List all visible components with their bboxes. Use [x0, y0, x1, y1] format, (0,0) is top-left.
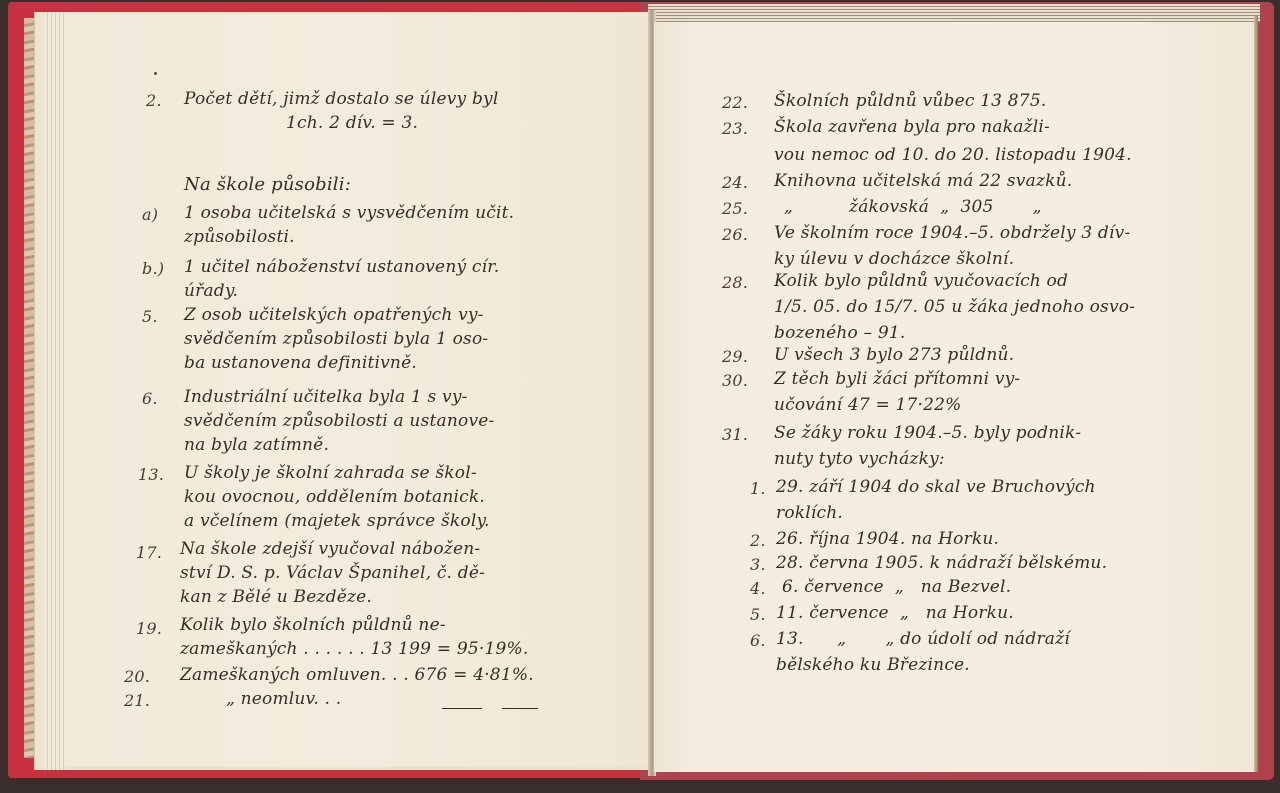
entry-line: a včelínem (majetek správce školy. — [184, 510, 490, 532]
entry-line: Na škole zdejší vyučoval nábožen- — [180, 538, 480, 560]
entry-line: vou nemoc od 10. do 20. listopadu 1904. — [774, 144, 1132, 166]
excursion-line: 11. července „ na Horku. — [776, 602, 1014, 624]
entry-line: Počet dětí, jimž dostalo se úlevy byl — [184, 88, 498, 110]
entry-number: 25. — [722, 198, 748, 220]
page-fore-edge — [1254, 16, 1258, 772]
entry-line: „ žákovská „ 305 „ — [784, 196, 1042, 218]
entry-line: svědčením způsobilosti a ustanove- — [184, 410, 494, 432]
entry-line: kan z Bělé u Bezděze. — [180, 586, 372, 608]
entry-number: 13. — [138, 464, 164, 486]
entry-number: 2. — [146, 90, 162, 112]
entry-number: 24. — [722, 172, 748, 194]
entry-number: 6. — [142, 388, 158, 410]
entry-number: a) — [142, 204, 158, 226]
entry-number: 21. — [124, 690, 150, 712]
entry-line: Kolik bylo školních půldnů ne- — [180, 614, 446, 636]
entry-number: 30. — [722, 370, 748, 392]
entry-line: Z těch byli žáci přítomni vy- — [774, 368, 1020, 390]
excursion-number: 5. — [750, 604, 766, 626]
page-edges-top — [648, 4, 1260, 22]
entry-number: 29. — [722, 346, 748, 368]
entry-line: 1ch. 2 dív. = 3. — [286, 112, 418, 134]
entry-line: nuty tyto vycházky: — [774, 448, 945, 470]
entry-line: úřady. — [184, 280, 238, 302]
entry-number: 17. — [136, 542, 162, 564]
section-heading: Na škole působili: — [184, 174, 351, 196]
entry-line: Se žáky roku 1904.–5. byly podnik- — [774, 422, 1081, 444]
excursion-line: 28. června 1905. k nádraží bělskému. — [776, 552, 1107, 574]
entry-line: 1 osoba učitelská s vysvědčením učit. — [184, 202, 514, 224]
ink-dot — [154, 72, 157, 75]
entry-line: Knihovna učitelská má 22 svazků. — [774, 170, 1072, 192]
entry-line: Industriální učitelka byla 1 s vy- — [184, 386, 468, 408]
entry-line: Ve školním roce 1904.–5. obdržely 3 dív- — [774, 222, 1130, 244]
entry-line: zameškaných . . . . . . 13 199 = 95·19%. — [180, 638, 528, 660]
entry-number: 28. — [722, 272, 748, 294]
excursion-line: 29. září 1904 do skal ve Bruchových — [776, 476, 1096, 498]
excursion-line: 13. „ „ do údolí od nádraží — [776, 628, 1070, 650]
entry-number: 20. — [124, 666, 150, 688]
entry-number: 31. — [722, 424, 748, 446]
entry-number: b.) — [142, 258, 164, 280]
excursion-line: 6. července „ na Bezvel. — [782, 576, 1011, 598]
entry-line: Zameškaných omluven. . . 676 = 4·81%. — [180, 664, 534, 686]
entry-line: svědčením způsobilosti byla 1 oso- — [184, 328, 488, 350]
entry-number: 19. — [136, 618, 162, 640]
entry-line: kou ovocnou, oddělením botanick. — [184, 486, 485, 508]
entry-line: učování 47 = 17·22% — [774, 394, 962, 416]
excursion-line: bělského ku Březince. — [776, 654, 970, 676]
entry-line: U školy je školní zahrada se škol- — [184, 462, 477, 484]
excursion-number: 4. — [750, 578, 766, 600]
entry-line: ky úlevu v docházce školní. — [774, 248, 1014, 270]
excursion-line: 26. října 1904. na Horku. — [776, 528, 999, 550]
entry-line: ství D. S. p. Václav Španihel, č. dě- — [180, 562, 485, 584]
excursion-line: roklích. — [776, 502, 843, 524]
entry-line: na byla zatímně. — [184, 434, 329, 456]
excursion-number: 2. — [750, 530, 766, 552]
entry-line: bozeného – 91. — [774, 322, 905, 344]
entry-line: způsobilosti. — [184, 226, 295, 248]
left-page: 2. Počet dětí, jimž dostalo se úlevy byl… — [66, 14, 650, 766]
entry-line: 1/5. 05. do 15/7. 05 u žáka jednoho osvo… — [774, 296, 1135, 318]
entry-number: 23. — [722, 118, 748, 140]
entry-line: „ neomluv. . . — [226, 688, 341, 710]
entry-number: 5. — [142, 306, 158, 328]
excursion-number: 6. — [750, 630, 766, 652]
book-spread: 2. Počet dětí, jimž dostalo se úlevy byl… — [0, 0, 1280, 793]
entry-line: Kolik bylo půldnů vyučovacích od — [774, 270, 1068, 292]
entry-line: Škola zavřena byla pro nakažli- — [774, 116, 1050, 138]
entry-line: 1 učitel náboženství ustanovený cír. — [184, 256, 499, 278]
excursion-number: 1. — [750, 478, 766, 500]
entry-number: 26. — [722, 224, 748, 246]
blank-dash — [502, 708, 538, 709]
excursion-number: 3. — [750, 554, 766, 576]
entry-line: U všech 3 bylo 273 půldnů. — [774, 344, 1014, 366]
entry-line: ba ustanovena definitivně. — [184, 352, 417, 374]
entry-line: Z osob učitelských opatřených vy- — [184, 304, 484, 326]
blank-dash — [442, 708, 482, 709]
right-page: 22. Školních půldnů vůbec 13 875. 23. Šk… — [654, 22, 1254, 772]
entry-line: Školních půldnů vůbec 13 875. — [774, 90, 1046, 112]
entry-number: 22. — [722, 92, 748, 114]
